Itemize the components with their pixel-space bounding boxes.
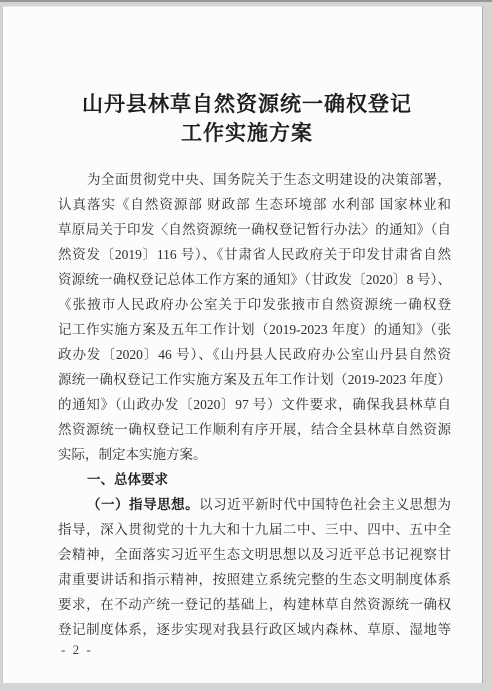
body-line: 会精神，全面落实习近平生态文明思想以及习近平总书记视察甘 [58,542,451,567]
lead-bold-run: （一）指导思想。 [87,497,199,512]
body-line: 认真落实《自然资源部 财政部 生态环境部 水利部 国家林业和 [58,192,451,217]
body-line: 为全面贯彻党中央、国务院关于生态文明建设的决策部署， [58,167,451,192]
document-title-line1: 山丹县林草自然资源统一确权登记 [82,92,412,116]
section-heading: 一、总体要求 [58,467,451,492]
document-title: 山丹县林草自然资源统一确权登记 工作实施方案 [51,90,443,148]
lead-rest-run: 以习近平新时代中国特色社会主义思想为 [199,497,451,512]
body-line: 然资源统一确权登记工作顺利有序开展，结合全县林草自然资源 [58,417,451,442]
body-line: 政办发〔2020〕46 号）、《山丹县人民政府办公室山丹县自然资 [58,342,451,367]
body-line: 指导，深入贯彻党的十九大和十九届二中、三中、四中、五中全 [58,517,451,542]
body-line: 资源统一确权登记总体工作方案的通知》（甘政发〔2020〕8 号）、 [58,267,451,292]
body-line: 然资发〔2019〕116 号）、《甘肃省人民政府关于印发甘肃省自然 [58,242,451,267]
body-line: 实际，制定本实施方案。 [58,442,451,467]
body-line: （一）指导思想。以习近平新时代中国特色社会主义思想为 [58,492,451,517]
body-line: 登记制度体系，逐步实现对我县行政区域内森林、草原、湿地等 [58,617,451,642]
document-body: 为全面贯彻党中央、国务院关于生态文明建设的决策部署， 认真落实《自然资源部 财政… [58,167,451,642]
scanned-document-page: 山丹县林草自然资源统一确权登记 工作实施方案 为全面贯彻党中央、国务院关于生态文… [2,6,483,683]
scan-top-edge [0,0,492,2]
body-line: 草原局关于印发〈自然资源统一确权登记暂行办法〉的通知》（自 [58,217,451,242]
body-line: 的通知》（山政办发〔2020〕97 号）文件要求，确保我县林草自 [58,392,451,417]
body-line: 《张掖市人民政府办公室关于印发张掖市自然资源统一确权登 [58,292,451,317]
page-number: - 2 - [61,642,93,658]
body-line: 要求，在不动产统一登记的基础上，构建林草自然资源统一确权 [58,592,451,617]
document-title-line2: 工作实施方案 [181,121,313,145]
body-line: 源统一确权登记工作实施方案及五年工作计划（2019-2023 年度） [58,367,451,392]
body-line: 记工作实施方案及五年工作计划（2019-2023 年度）的通知》（张 [58,317,451,342]
body-line: 肃重要讲话和指示精神，按照建立系统完整的生态文明制度体系 [58,567,451,592]
